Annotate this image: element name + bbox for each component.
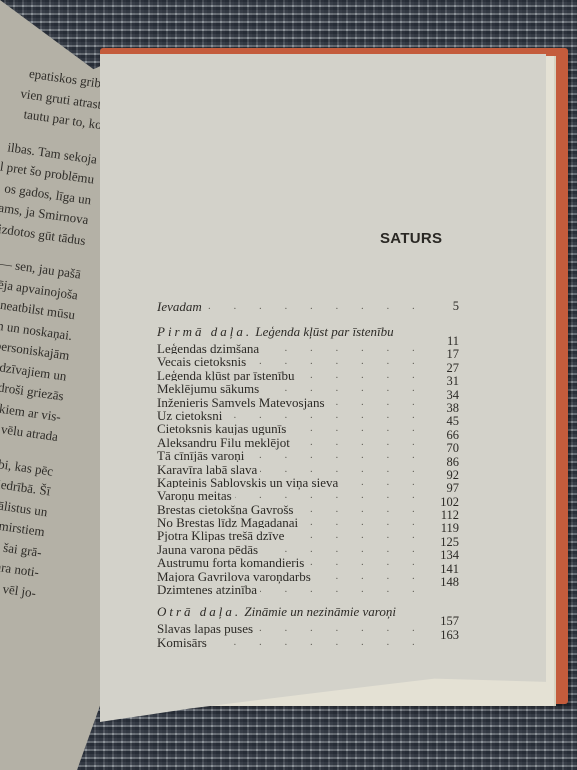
part-label: Otrā daļa. — [157, 604, 241, 619]
part-2-chapters: . . . . . . . . . . . . . . . . . . . . … — [157, 622, 459, 649]
toc-entry: . . . . . . . . . . . . . . . . . . . . … — [157, 396, 459, 409]
toc-entry-page: 112 — [441, 509, 459, 522]
toc-entry-page: 134 — [440, 549, 459, 562]
table-of-contents: . . . . . . . . . . . . . . . . . . . . … — [157, 300, 459, 649]
toc-entry-page: 141 — [440, 563, 459, 576]
contents-heading: SATURS — [380, 230, 442, 247]
toc-entry-page: 70 — [447, 442, 460, 455]
toc-entry: . . . . . . . . . . . . . . . . . . . . … — [157, 583, 459, 596]
toc-entry-page: 11 — [447, 335, 459, 348]
toc-entry: . . . . . . . . . . . . . . . . . . . . … — [157, 463, 459, 476]
toc-entry: . . . . . . . . . . . . . . . . . . . . … — [157, 489, 459, 502]
toc-entry: . . . . . . . . . . . . . . . . . . . . … — [157, 556, 459, 569]
toc-entry: . . . . . . . . . . . . . . . . . . . . … — [157, 449, 459, 462]
toc-entry: . . . . . . . . . . . . . . . . . . . . … — [157, 382, 459, 395]
toc-entry-title: Austrumu forta komandieris — [157, 555, 307, 570]
toc-part-2: Otrā daļa. Zināmie un nezināmie varoņi — [157, 602, 459, 622]
toc-entry: . . . . . . . . . . . . . . . . . . . . … — [157, 622, 459, 635]
toc-entry-page: 148 — [440, 576, 459, 589]
toc-part-1: Pirmā daļa. Leģenda kļūst par īstenību — [157, 322, 459, 342]
part-title: Leģenda kļūst par īstenību — [255, 324, 393, 339]
left-page: epatiskos gribuvien gruti atrast,tautu p… — [0, 0, 110, 770]
toc-entry-title: Komisārs — [157, 635, 210, 650]
toc-entry-page: 97 — [447, 482, 460, 495]
toc-entry: . . . . . . . . . . . . . . . . . . . . … — [157, 529, 459, 542]
toc-entry-page: 17 — [447, 348, 460, 361]
toc-entry: . . . . . . . . . . . . . . . . . . . . … — [157, 422, 459, 435]
part-label: Pirmā daļa. — [157, 324, 252, 339]
toc-entry-page: 125 — [440, 536, 459, 549]
part-title: Zināmie un nezināmie varoņi — [244, 604, 396, 619]
toc-entry-page: 66 — [447, 429, 460, 442]
part-1-chapters: . . . . . . . . . . . . . . . . . . . . … — [157, 342, 459, 596]
toc-entry-page: 119 — [441, 522, 459, 535]
toc-entry-page: 5 — [453, 300, 459, 313]
toc-entry-title: Dzimtenes atzinība — [157, 582, 260, 597]
toc-entry-page: 34 — [447, 389, 460, 402]
toc-entry-page: 27 — [447, 362, 460, 375]
toc-entry-page: 92 — [447, 469, 460, 482]
left-page-text: epatiskos gribuvien gruti atrast,tautu p… — [0, 58, 109, 604]
toc-entry-title: Ievadam — [157, 299, 205, 314]
toc-entry-page: 31 — [447, 375, 460, 388]
toc-entry-page: 157 — [440, 615, 459, 628]
toc-entry: . . . . . . . . . . . . . . . . . . . . … — [157, 355, 459, 368]
toc-entry-page: 45 — [447, 415, 460, 428]
toc-entry-title: Meklējumu sākums — [157, 381, 262, 396]
toc-entry-page: 38 — [447, 402, 460, 415]
toc-entry-title: Tā cīnījās varoņi — [157, 448, 247, 463]
toc-entry-page: 102 — [440, 496, 459, 509]
toc-entry: . . . . . . . . . . . . . . . . . . . . … — [157, 636, 459, 649]
toc-entry-page: 163 — [440, 629, 459, 642]
toc-entry-page: 86 — [447, 456, 460, 469]
toc-entry-intro: . . . . . . . . . . . . . . . . . . . . … — [157, 300, 459, 322]
